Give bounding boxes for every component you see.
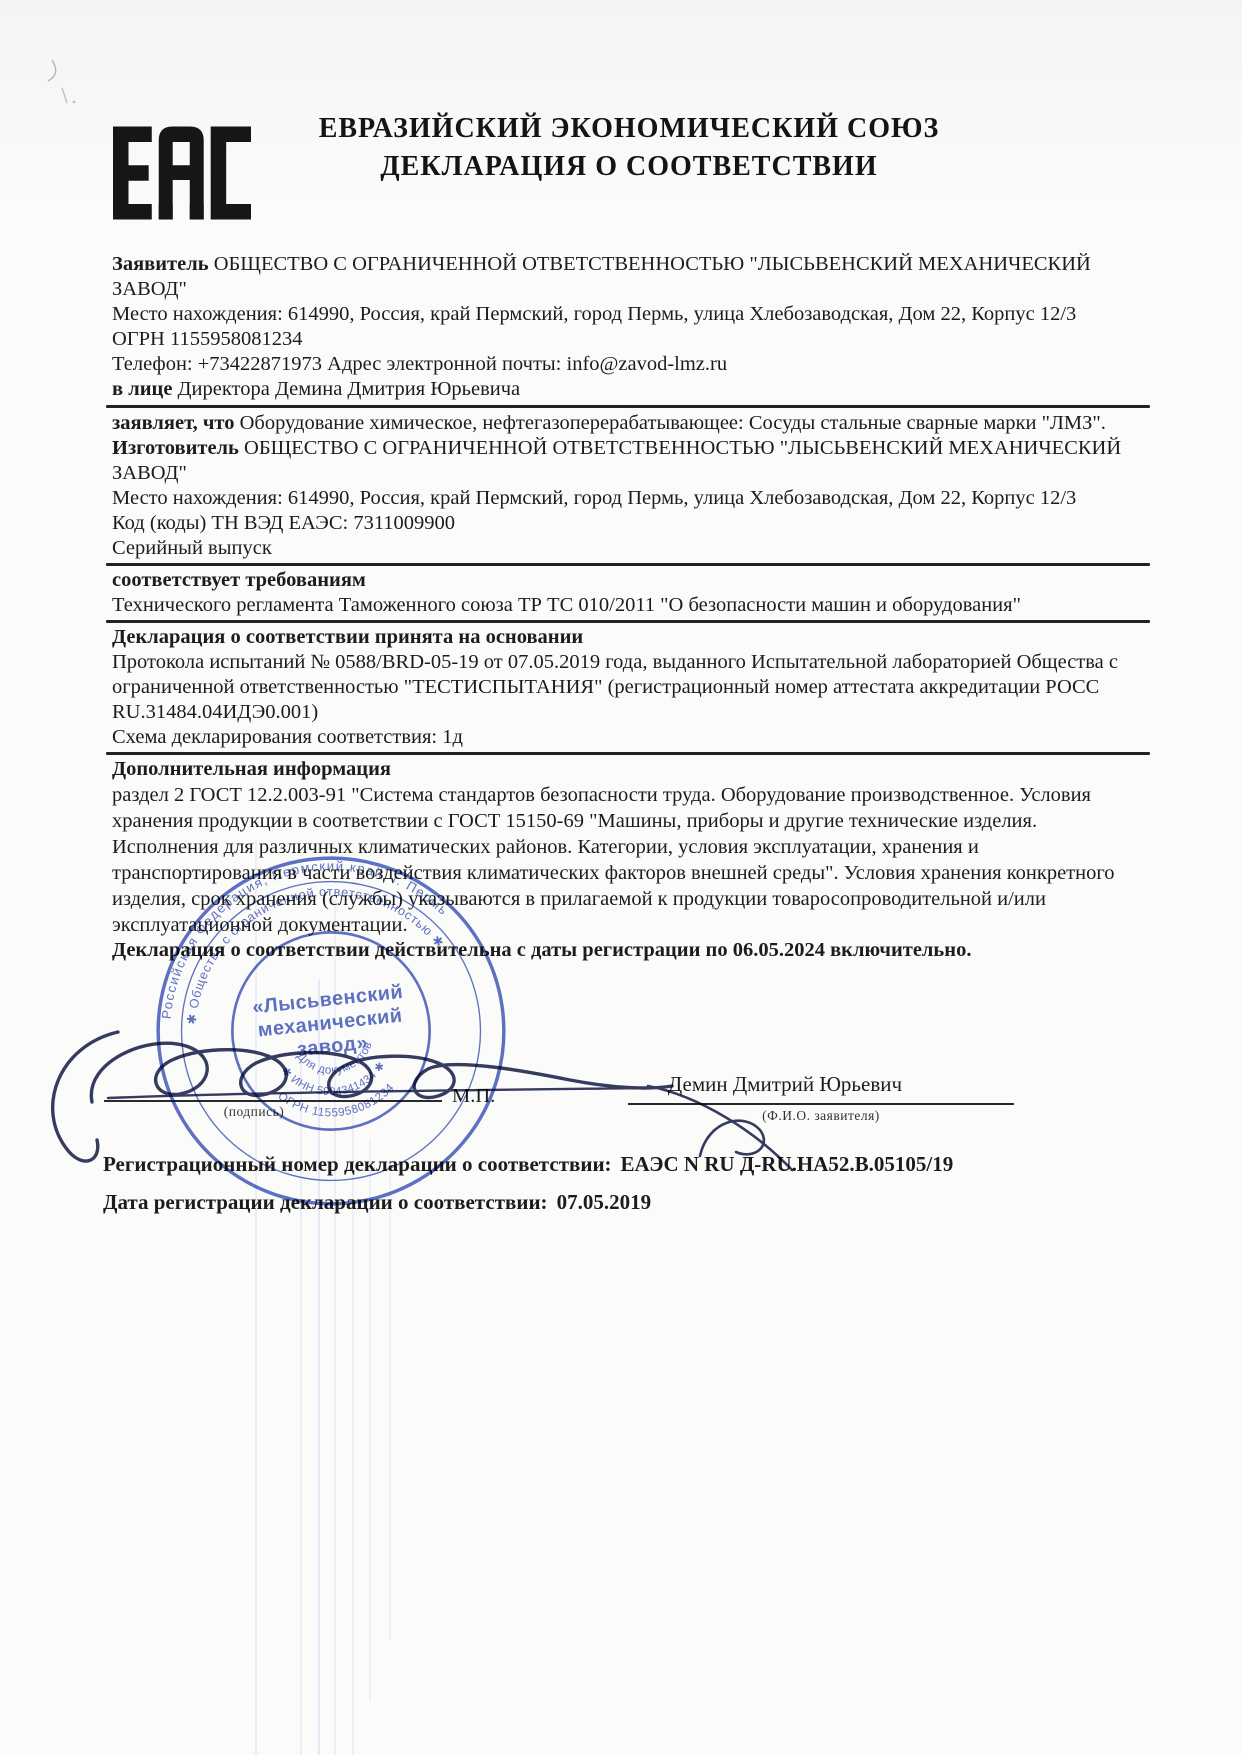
document-title: ЕВРАЗИЙСКИЙ ЭКОНОМИЧЕСКИЙ СОЮЗ ДЕКЛАРАЦИ…: [248, 110, 1010, 186]
manufacturer-line: Изготовитель ОБЩЕСТВО С ОГРАНИЧЕННОЙ ОТВ…: [112, 436, 1144, 486]
applicant-value: ОБЩЕСТВО С ОГРАНИЧЕННОЙ ОТВЕТСТВЕННОСТЬЮ…: [112, 253, 1091, 300]
in-person-line: в лице Директора Демина Дмитрия Юрьевича: [112, 377, 1144, 402]
applicant-fio: Демин Дмитрий Юрьевич: [560, 1072, 1010, 1097]
complies-heading: соответствует требованиям: [112, 568, 1144, 593]
company-stamp: Российская Федерация, Пермский край, г. …: [130, 830, 532, 1232]
declares-value: Оборудование химическое, нефтегазоперера…: [240, 412, 1106, 434]
fio-caption: (Ф.И.О. заявителя): [628, 1108, 1014, 1124]
manufacturer-value: ОБЩЕСТВО С ОГРАНИЧЕННОЙ ОТВЕТСТВЕННОСТЬЮ…: [112, 437, 1121, 484]
basis-text: Протокола испытаний № 0588/BRD-05-19 от …: [112, 650, 1144, 725]
phone-email-line: Телефон: +73422871973 Адрес электронной …: [112, 352, 1144, 377]
tnved-line: Код (коды) ТН ВЭД ЕАЭС: 7311009900: [112, 511, 1144, 536]
basis-heading: Декларация о соответствии принята на осн…: [112, 625, 1144, 650]
registration-date-value: 07.05.2019: [557, 1190, 652, 1214]
divider-1: [106, 405, 1150, 408]
registration-number-value: ЕАЭС N RU Д-RU.НА52.В.05105/19: [621, 1152, 954, 1176]
in-person-value: Директора Демина Дмитрия Юрьевича: [178, 378, 521, 400]
divider-3: [106, 620, 1150, 623]
divider-2: [106, 563, 1150, 566]
release-type-line: Серийный выпуск: [112, 536, 1144, 561]
manufacturer-address: Место нахождения: 614990, Россия, край П…: [112, 486, 1144, 511]
scheme-line: Схема декларирования соответствия: 1д: [112, 725, 1144, 750]
divider-4: [106, 752, 1150, 755]
in-person-label: в лице: [112, 378, 172, 400]
title-line-1: ЕВРАЗИЙСКИЙ ЭКОНОМИЧЕСКИЙ СОЮЗ: [248, 110, 1010, 148]
eac-logo: [113, 112, 251, 234]
title-line-2: ДЕКЛАРАЦИЯ О СООТВЕТСТВИИ: [248, 148, 1010, 186]
applicant-label: Заявитель: [112, 253, 209, 275]
additional-heading: Дополнительная информация: [112, 757, 1144, 782]
applicant-line: Заявитель ОБЩЕСТВО С ОГРАНИЧЕННОЙ ОТВЕТС…: [112, 252, 1144, 302]
declares-line: заявляет, что Оборудование химическое, н…: [112, 411, 1144, 436]
ogrn-line: ОГРН 1155958081234: [112, 327, 1144, 352]
manufacturer-label: Изготовитель: [112, 437, 239, 459]
document-page: ЕВРАЗИЙСКИЙ ЭКОНОМИЧЕСКИЙ СОЮЗ ДЕКЛАРАЦИ…: [0, 0, 1242, 1755]
applicant-address: Место нахождения: 614990, Россия, край П…: [112, 302, 1144, 327]
declares-label: заявляет, что: [112, 412, 234, 434]
complies-text: Технического регламента Таможенного союз…: [112, 593, 1144, 618]
fio-line: [628, 1103, 1014, 1105]
